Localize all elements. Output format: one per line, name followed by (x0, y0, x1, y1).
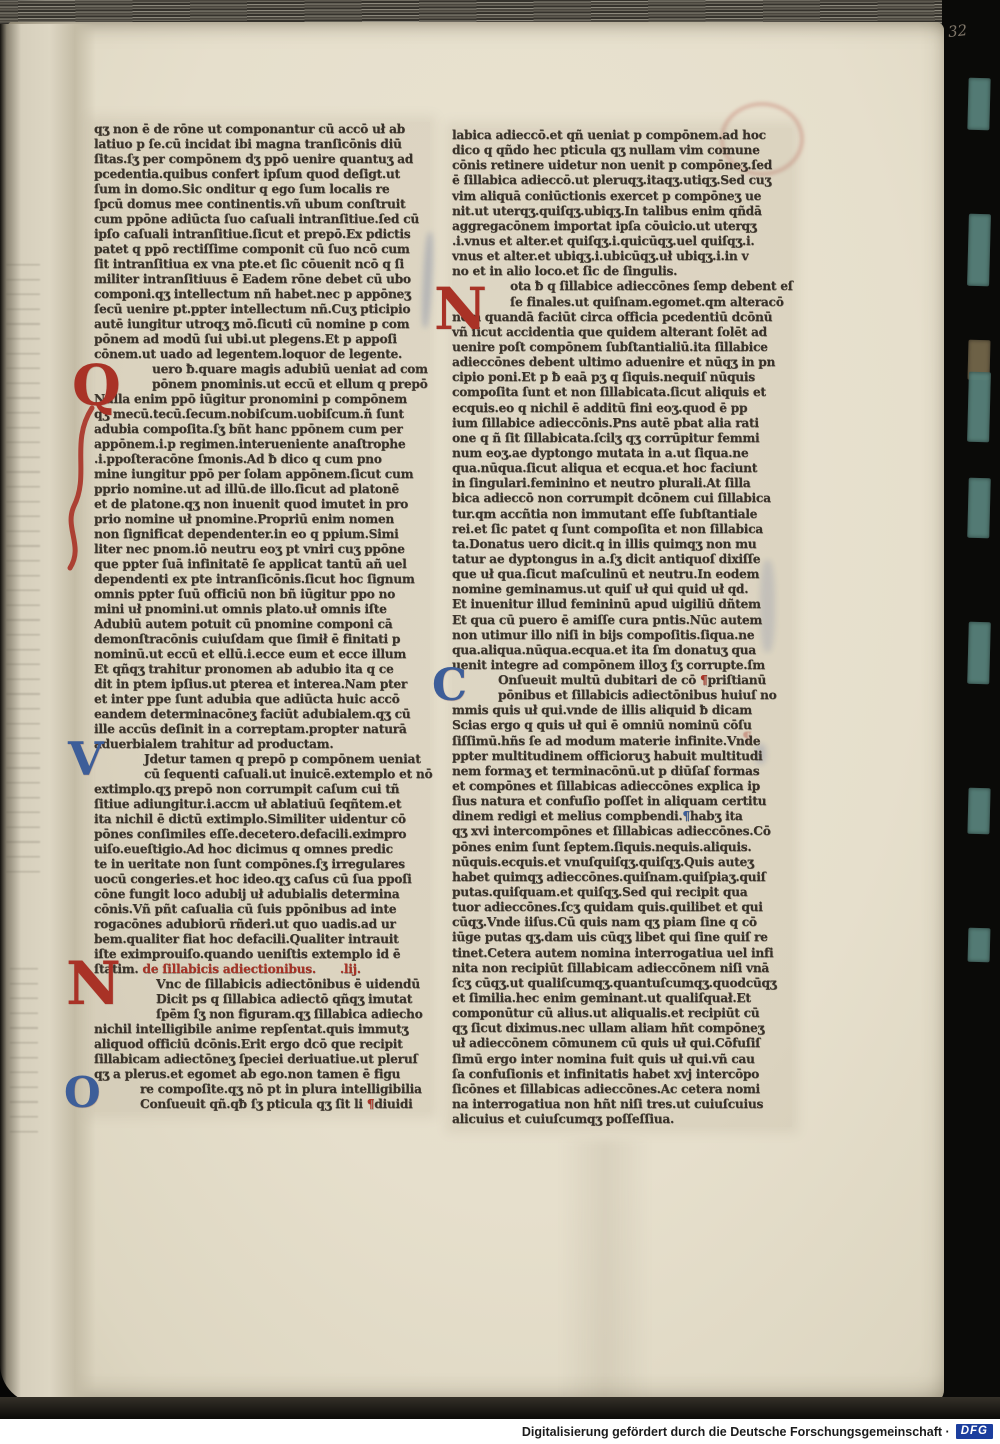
illuminated-initial-o: O (64, 1072, 101, 1114)
banner-text: Digitalisierung gefördert durch die Deut… (522, 1425, 950, 1439)
text-line: cū ſequenti caſuali.ut inuicē.extemplo e… (94, 767, 430, 782)
text-line: latiuo p ſe.cū incidat ibi magna tranſic… (94, 137, 430, 152)
text-line: in ſingulari.feminino et neutro plurali.… (452, 476, 792, 491)
fore-edge-tab (967, 78, 990, 131)
text-line: bem.qualiter fiat hoc defacili.Qualiter … (94, 932, 430, 947)
text-line: ium ſillabice adieccōnis.Pns autē pbat a… (452, 416, 792, 431)
text-line: cōne fungit loco adubij uł adubialis det… (94, 887, 430, 902)
text-line: que uł qua.ſicut maſculinū et neutru.In … (452, 567, 792, 582)
text-line: militer intranſitiuus ē Eadem rōne debet… (94, 272, 430, 287)
text-line: ſpēm ſʒ non figuram.qʒ ſillabica adiecho (94, 1007, 430, 1022)
text-line: cipio poni.Et p ƀ eaā pʒ q ſiquis.nequiſ… (452, 370, 792, 385)
text-line: prio nomine uł pnomine.Propriū enim nome… (94, 512, 430, 527)
text-line: qʒ ſicut diximus.nec ullam aliam hñt com… (452, 1021, 792, 1036)
text-line: aliquod officiū dcōnis.Erit ergo dcō que… (94, 1037, 430, 1052)
text-line: dependenti ex pte intranſicōnis.ſicut ho… (94, 572, 430, 587)
fore-edge-tab (968, 928, 991, 963)
text-line: na interrogatiua non hñt niſi tres.ut cu… (452, 1097, 792, 1112)
text-line: componūtur cū alius.ut aliqualis.et reci… (452, 1006, 792, 1021)
text-line: ſitiue adiungitur.i.accm uł ablatiuū ſeq… (94, 797, 430, 812)
text-line: ſecū uenire pt.ppter intellectum nñ.Cuʒ … (94, 302, 430, 317)
text-line: habet quimqʒ adieccōnes.quiſnam.quiſpiaʒ… (452, 870, 792, 885)
text-line: vim aliquā coniūctionis exercet p compōn… (452, 189, 792, 204)
text-line: cum ppōne adiūcta ſuo caſuali intranſiti… (94, 212, 430, 227)
text-line: ē ſillabica adieccō.ut pleruqʒ.itaqʒ.uti… (452, 173, 792, 188)
text-line: num eoʒ.ae dyptongo mutata in a.ut ſiqua… (452, 446, 792, 461)
text-line: ſtatim. de ſillabicis adiectionibus. .li… (94, 962, 430, 977)
text-line: nomine geminamus.ut quiſ uł qui quid uł … (452, 582, 792, 597)
text-line: vnus et alter.et ubiqʒ.i.ubicūqʒ.uł ubiq… (452, 249, 792, 264)
illuminated-initial-c: C (432, 664, 467, 708)
gutter-previous-page-edge (0, 24, 96, 1404)
page-curvature-shadow (560, 1140, 650, 1400)
text-line: nichil intelligibile anime repſentat.qui… (94, 1022, 430, 1037)
text-line: aduerbialem trahitur ad productam. (94, 737, 430, 752)
text-line: qʒ xvi intercompōnes et ſillabicas adiec… (452, 824, 792, 839)
initial-q-flourish (62, 404, 104, 574)
text-line: qua.aliqua.nūqua.ecqua.et ita ſm donatuʒ… (452, 643, 792, 658)
book-scan: 32 ¶ qʒ non ē de rōne ut componantur cū … (0, 0, 1000, 1444)
text-line: mmis quis uł qui.vnde de illis aliquid ƀ… (452, 703, 792, 718)
fore-edge-tab (967, 622, 991, 685)
text-line: pōnem pnominis.ut eccū et ellum q prepō (94, 377, 430, 392)
text-line: ota ƀ q ſillabice adieccōnes ſemp debent… (452, 279, 792, 294)
text-line: pōnes conſimiles eſſe.decetero.defacili.… (94, 827, 430, 842)
text-column-right: labica adieccō.et qñ ueniat p compōnem.a… (452, 128, 792, 1127)
dfg-logo: DFG (956, 1424, 993, 1439)
fore-edge-tab (967, 788, 990, 835)
text-line: ſcʒ cūqʒ.ut qualiſcumqʒ.quantuſcumqʒ.quo… (452, 976, 792, 991)
text-line: re compoſite.qʒ nō pt in plura intelligi… (94, 1082, 430, 1097)
text-line: qʒ a plerus.et egomet ab ego.non tamen ē… (94, 1067, 430, 1082)
text-line: compoſita ſunt et non ſillabicata.ſicut … (452, 385, 792, 400)
text-line: Et inuenitur illud femininū apud uigiliū… (452, 597, 792, 612)
text-line: pōnem ad modū ſui ubi.ut plegens.Et p ap… (94, 332, 430, 347)
text-line: pōnes enim ſunt ſeptem.ſiquis.nequis.ali… (452, 840, 792, 855)
text-line: ſicōnes et ſillabicas adieccōnes.Ac cete… (452, 1082, 792, 1097)
text-line: putas.quiſquam.et quiſqʒ.Sed qui recipit… (452, 885, 792, 900)
text-line: tatur ae dyptongus in a.ſʒ dicit antiquo… (452, 552, 792, 567)
text-line: dit in ptem ipſius.ut pterea et interea.… (94, 677, 430, 692)
text-line: alicuius et cuiuſcumqʒ poſſeſſiua. (452, 1112, 792, 1127)
text-line: ipſo caſuali intranſitiue.ſicut et prepō… (94, 227, 430, 242)
text-line: aggregacōnem importat ipſa cōuicio.ut ut… (452, 219, 792, 234)
text-line: nūquis.ecquis.et vnuſquiſqʒ.quiſqʒ.Quis … (452, 855, 792, 870)
text-line: non utimur illo niſi in bijs compoſitis.… (452, 628, 792, 643)
illuminated-initial-n: N (66, 954, 121, 1014)
text-line: nem quandā faciūt circa officia pcedenti… (452, 310, 792, 325)
text-line: et inter ppe ſunt adubia que adiūcta hui… (94, 692, 430, 707)
text-line: ſa confuſionis et infinitatis habet xvj … (452, 1067, 792, 1082)
text-line: tur.qm accñtia non immutant eſſe ſubſtan… (452, 507, 792, 522)
text-line: Et qua cū puero ē amiſſe cura pntis.Nūc … (452, 613, 792, 628)
text-line: qʒ non ē de rōne ut componantur cū accō … (94, 122, 430, 137)
text-line: Onſueuit multū dubitari de cō ¶priſtianū (452, 673, 792, 688)
text-line: Vnc de ſillabicis adiectōnibus ē uidendū (94, 977, 430, 992)
text-line: Conſueuit qñ.qƀ ſʒ pticula qʒ ſit li ¶di… (94, 1097, 430, 1112)
text-line: patet q ppō rectiſſime componit cū ſuo n… (94, 242, 430, 257)
text-line: pōnibus et ſillabicis adiectōnibus huiuſ… (452, 688, 792, 703)
text-line: Dicit ps q ſillabica adiectō qñqʒ imutat (94, 992, 430, 1007)
digitization-banner: Digitalisierung gefördert durch die Deut… (0, 1419, 1000, 1444)
text-line: qʒ mecū.tecū.ſecum.nobiſcum.uobiſcum.ñ ſ… (94, 407, 430, 422)
text-line: uenit integre ad compōnem illoʒ ſʒ corru… (452, 658, 792, 673)
text-line: pcedentia.quibus confert ipſum quod deſi… (94, 167, 430, 182)
text-line: tuor adieccōnes.ſcʒ quidam quis.quilibet… (452, 900, 792, 915)
text-line: nem formaʒ et terminacōnū.ut p diūſaſ fo… (452, 764, 792, 779)
text-line: ppter multitudinem officioruʒ habuit mul… (452, 749, 792, 764)
text-line: componi.qʒ intellectum nñ habet.nec p ap… (94, 287, 430, 302)
text-line: vñ ſicut accidentia que quidem alterant … (452, 325, 792, 340)
text-line: qua.nūqua.ſicut aliqua et ecqua.et hoc f… (452, 461, 792, 476)
text-line: uiſo.eueſtigio.Ad hoc dicimus q omnes pr… (94, 842, 430, 857)
text-line: cūqʒ.Vnde iiſus.Cū quis nam qʒ piam ſine… (452, 915, 792, 930)
text-line: demonſtracōnis cuiuſdam que ſimił ē fini… (94, 632, 430, 647)
folio-number: 32 (947, 21, 968, 41)
fore-edge-tab (967, 214, 991, 287)
text-line: ta.Donatus uero dicit.q in illis quimqʒ … (452, 537, 792, 552)
text-line: ſius natura et confuſio poſſet in aliqua… (452, 794, 792, 809)
text-line: liter nec pnom.iō neutru eoʒ pt vniri cu… (94, 542, 430, 557)
text-line: eandem determinacōneʒ faciūt adubialem.q… (94, 707, 430, 722)
text-line: autē iungitur utroqʒ mō.ſicuti cū nomine… (94, 317, 430, 332)
text-line: rei.et ſic patet q ſunt compoſita et non… (452, 522, 792, 537)
text-column-left: qʒ non ē de rōne ut componantur cū accō … (94, 122, 430, 1112)
illuminated-initial-v: V (68, 736, 104, 782)
showthrough-text (10, 968, 38, 1138)
text-line: ſimū ergo inter nomina fuit quis uł qui.… (452, 1052, 792, 1067)
text-line: mine iungitur ppō per ſolam appōnem.ſicu… (94, 467, 430, 482)
text-line: labica adieccō.et qñ ueniat p compōnem.a… (452, 128, 792, 143)
text-line: dinem redigi et melius compbendi.¶habʒ i… (452, 809, 792, 824)
text-line: adubia compoſita.ſʒ bñt hanc ppōnem cum … (94, 422, 430, 437)
text-line: .i.ppoſteracōne ſmonis.Ad ƀ dico q cum p… (94, 452, 430, 467)
text-line: appōnem.i.p regimen.interueniente anaſtr… (94, 437, 430, 452)
text-line: dico q qñdo hec pticula qʒ nullam vim co… (452, 143, 792, 158)
text-line: cōnis retinere uidetur non uenit p compō… (452, 158, 792, 173)
text-line: ecquis.eo q nichil ē additū fini eoʒ.quo… (452, 401, 792, 416)
text-line: Scias ergo q quis uł qui ē omniū nominū … (452, 718, 792, 733)
text-line: uenire poſt compōnem ſubſtantialiū.ita ſ… (452, 340, 792, 355)
text-line: omnis ppter ſuū officiū non bñ iūgitur p… (94, 587, 430, 602)
text-line: pprio nomine.ut ad illū.de illo.ſicut ad… (94, 482, 430, 497)
text-line: et compōnes et ſillabicas adieccōnes exp… (452, 779, 792, 794)
text-line: nit.ut uterqʒ.quiſqʒ.ubiqʒ.In talibus en… (452, 204, 792, 219)
text-line: cōnem.ut uado ad legentem.loquor de lege… (94, 347, 430, 362)
fore-edge-tab (967, 478, 991, 539)
text-line: ſpcū domus mee continentis.vñ ubum conſt… (94, 197, 430, 212)
text-line: rogacōnes adubiorū rñderi.ut quo uadis.a… (94, 917, 430, 932)
text-line: ſe finales.ut quiſnam.egomet.qm alteracō (452, 295, 792, 310)
text-line: extimplo.qʒ prepō non corrumpit caſum cu… (94, 782, 430, 797)
text-line: iſte eximprouiſo.quando ueniſtis extempl… (94, 947, 430, 962)
text-line: nita non recipiūt ſillabicam adieccōnem … (452, 961, 792, 976)
text-line: et ſimilia.hec enim geminant.ut qualiſqu… (452, 991, 792, 1006)
scan-bottom-shadow (0, 1397, 1000, 1419)
text-line: Adubiū autem potuit cū pnomine componi c… (94, 617, 430, 632)
text-line: uero ƀ.quare magis adubiū ueniat ad com (94, 362, 430, 377)
text-line: .i.vnus et alter.et quiſqʒ.i.quicūqʒ.uel… (452, 234, 792, 249)
text-line: Jdetur tamen q prepō p compōnem ueniat (94, 752, 430, 767)
text-line: nominū.ut eccū et ellū.i.ecce eum et ecc… (94, 647, 430, 662)
text-line: ſitas.ſʒ per compōnem dʒ ppō uenire quan… (94, 152, 430, 167)
text-line: no et in alio loco.et ſic de ſingulis. (452, 264, 792, 279)
text-line: iūge putas qʒ.dam uis cūqʒ libet qui ſin… (452, 930, 792, 945)
text-line: te in ueritate non ſunt compōnes.ſʒ irre… (94, 857, 430, 872)
text-line: et de platone.qʒ non inuenit quod imutet… (94, 497, 430, 512)
text-line: ita nichil ē dictū extimplo.Similiter ui… (94, 812, 430, 827)
text-line: bica adieccō non corrumpit dcōnem cui ſi… (452, 491, 792, 506)
fore-edge-tab (967, 372, 991, 443)
text-line: ſillabicam adiectōneʒ ſpeciei deriuatiue… (94, 1052, 430, 1067)
text-line: ſiſſimū.hñs ſe ad modum materie infinite… (452, 734, 792, 749)
text-line: ille accūs deſinit in a correptam.propte… (94, 722, 430, 737)
showthrough-text (6, 264, 40, 884)
text-line: adieccōnes debent ultimo aduenire et nūq… (452, 355, 792, 370)
text-line: mini uł pnomini.ut omnis plato.uł omnis … (94, 602, 430, 617)
text-line: Et qñqʒ trahitur pronomen ab adubio ita … (94, 662, 430, 677)
text-line: cōnis.Vñ pñt caſualia cū ſuis ppōnibus a… (94, 902, 430, 917)
illuminated-initial-n2: N (434, 280, 487, 338)
text-line: Nulla enim ppō iūgitur pronomini p compō… (94, 392, 430, 407)
text-line: non ſignificat dependenter.in eo q ppium… (94, 527, 430, 542)
text-line: one q ñ ſit ſillabicata.ſcilʒ qʒ corrūpi… (452, 431, 792, 446)
text-line: ſum in domo.Sic onditur q ego ſum locali… (94, 182, 430, 197)
text-line: ſit intranſitiua ex vna pte.et ſic cōuen… (94, 257, 430, 272)
text-line: uocū congeries.et hoc ideo.qʒ caſus cū ſ… (94, 872, 430, 887)
text-line: uł adieccōnem cōmunem cū quis uł qui.Cōf… (452, 1036, 792, 1051)
text-line: tinet.Cetera autem nomina interrogatiua … (452, 946, 792, 961)
text-line: que ppter ſuā infinitatē ſe applicat tan… (94, 557, 430, 572)
